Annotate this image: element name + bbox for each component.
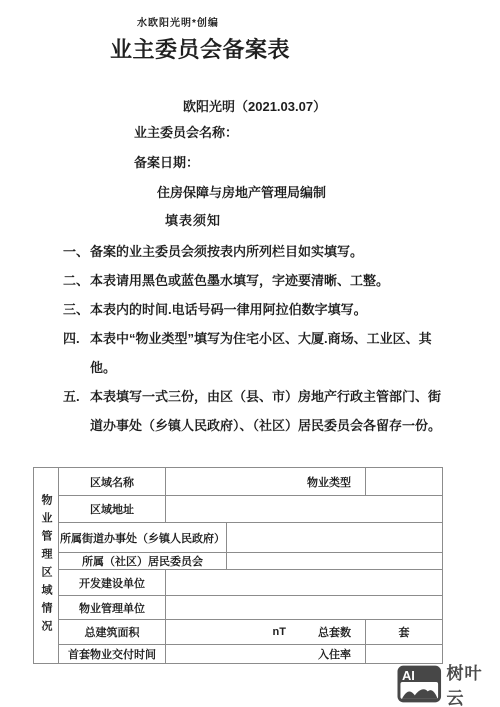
brand-logo-icon: AI (397, 665, 442, 703)
table-section-header: 物业管理区域情况 (34, 468, 59, 663)
notes-list: 一、 备案的业主委员会须按表内所列栏目如实填写。 二、 本表请用黑色或蓝色墨水填… (63, 237, 443, 440)
region-address-value-cell (166, 496, 442, 522)
community-committee-value-cell (227, 553, 442, 569)
developer-value-cell (166, 570, 442, 595)
table-row-total-area: 总建筑面积 nT 总套数 套 (59, 620, 442, 645)
units-unit-cell: 套 (365, 620, 442, 644)
table-row-first-delivery: 首套物业交付时间 入住率 (59, 645, 442, 663)
region-address-label: 区域地址 (59, 496, 166, 522)
note-text: 本表内的时间.电话号码一律用阿拉伯数字填写。 (90, 295, 443, 324)
page-title: 业主委员会备案表 (110, 33, 290, 64)
brand-name: 树叶云 (447, 659, 500, 707)
total-units-label: 总套数 (318, 624, 351, 640)
note-number: 二、 (63, 266, 90, 295)
watermark: AI 树叶云 (397, 659, 500, 707)
note-text: 本表中“物业类型”填写为住宅小区、大厦.商场、工业区、其他。 (90, 324, 443, 382)
note-number: 四. (63, 324, 90, 382)
note-item-5: 五. 本表填写一式三份，由区（县、市）房地产行政主管部门、街道办事处（乡镇人民政… (63, 382, 443, 440)
region-name-label: 区域名称 (59, 468, 166, 495)
table-row-property-mgmt: 物业管理单位 (59, 596, 442, 620)
occupancy-label: 入住率 (318, 646, 351, 662)
table-row-developer: 开发建设单位 (59, 570, 442, 596)
first-delivery-value-cell: 入住率 (166, 645, 365, 663)
total-area-label: 总建筑面积 (59, 620, 166, 644)
property-type-label: 物业类型 (307, 474, 351, 490)
note-item-2: 二、 本表请用黑色或蓝色墨水填写，字迹要清晰、工整。 (63, 266, 443, 295)
table-row-street-office: 所属街道办事处（乡镇人民政府） (59, 523, 442, 553)
property-area-table: 物业管理区域情况 区域名称 物业类型 区域地址 所属街道办事处（乡镇人民政府） … (33, 467, 443, 664)
developer-label: 开发建设单位 (59, 570, 166, 595)
table-row-region-address: 区域地址 (59, 496, 442, 523)
committee-name-label: 业主委员会名称： (134, 122, 238, 141)
property-type-value-cell (365, 468, 442, 495)
logo-ai-text: AI (402, 668, 415, 683)
property-mgmt-value-cell (166, 596, 442, 619)
first-delivery-label: 首套物业交付时间 (59, 645, 166, 663)
street-office-value-cell (227, 523, 442, 552)
street-office-label: 所属街道办事处（乡镇人民政府） (59, 523, 227, 552)
notes-title: 填表须知 (165, 210, 221, 229)
section-vertical-label: 物业管理区域情况 (34, 494, 58, 638)
note-item-4: 四. 本表中“物业类型”填写为住宅小区、大厦.商场、工业区、其他。 (63, 324, 443, 382)
note-text: 本表填写一式三份，由区（县、市）房地产行政主管部门、街道办事处（乡镇人民政府）、… (90, 382, 443, 440)
table-row-community-committee: 所属（社区）居民委员会 (59, 553, 442, 570)
note-number: 五. (63, 382, 90, 440)
note-number: 三、 (63, 295, 90, 324)
note-number: 一、 (63, 237, 90, 266)
author-date-line: 欧阳光明（2021.03.07） (183, 96, 326, 115)
document-page: 水欧阳光明*创编 业主委员会备案表 欧阳光明（2021.03.07） 业主委员会… (0, 0, 500, 707)
note-item-1: 一、 备案的业主委员会须按表内所列栏目如实填写。 (63, 237, 443, 266)
filing-date-label: 备案日期： (134, 152, 199, 171)
total-area-value-cell: nT 总套数 (166, 620, 365, 644)
community-committee-label: 所属（社区）居民委员会 (59, 553, 227, 569)
compiled-by-line: 住房保障与房地产管理局编制 (157, 182, 326, 201)
note-text: 备案的业主委员会须按表内所列栏目如实填写。 (90, 237, 443, 266)
note-item-3: 三、 本表内的时间.电话号码一律用阿拉伯数字填写。 (63, 295, 443, 324)
region-name-and-type-cell: 物业类型 (166, 468, 365, 495)
credit-line: 水欧阳光明*创编 (137, 14, 219, 29)
area-unit-label: nT (273, 626, 286, 638)
table-rows: 区域名称 物业类型 区域地址 所属街道办事处（乡镇人民政府） 所属（社区）居民委… (59, 468, 442, 663)
property-mgmt-label: 物业管理单位 (59, 596, 166, 619)
table-row-region-name: 区域名称 物业类型 (59, 468, 442, 496)
note-text: 本表请用黑色或蓝色墨水填写，字迹要清晰、工整。 (90, 266, 443, 295)
